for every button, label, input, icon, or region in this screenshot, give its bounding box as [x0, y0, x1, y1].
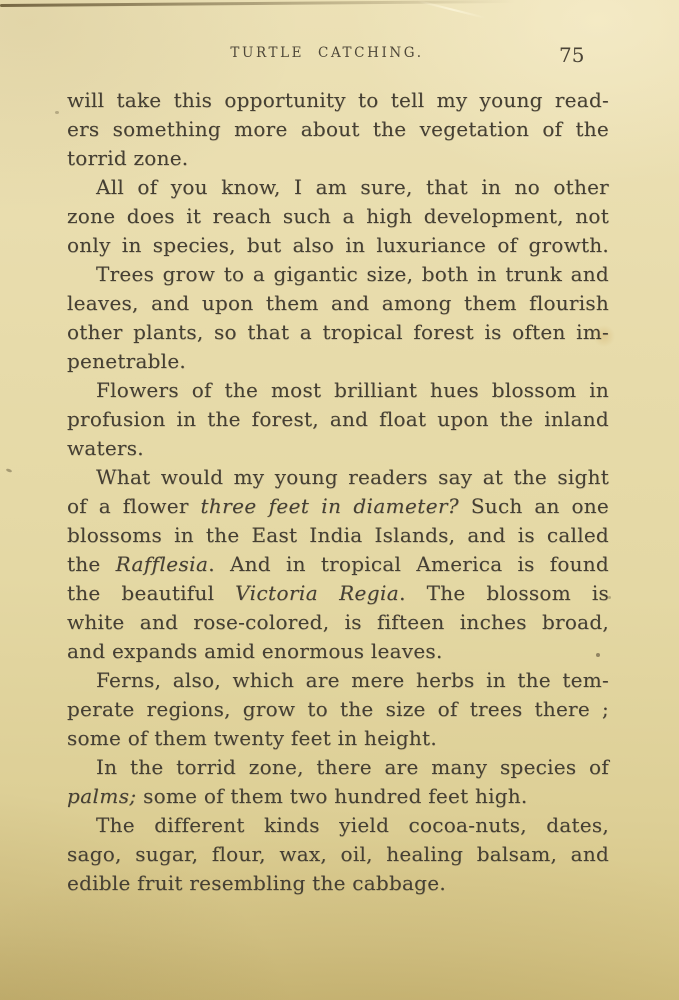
paragraph: What would my young readers say at the s… — [67, 463, 609, 666]
text-segment: Flowers of the most brilliant hues bloss… — [96, 378, 609, 402]
text-segment: edible fruit resembling the cabbage. — [67, 871, 446, 895]
text-line: profusion in the forest, and float upon … — [67, 405, 609, 434]
text-line: penetrable. — [67, 347, 609, 376]
text-segment: In the torrid zone, there are many speci… — [96, 755, 609, 779]
text-segment: torrid zone. — [67, 146, 188, 170]
text-segment: . And in tropical America is found — [208, 552, 609, 576]
running-head: TURTLE CATCHING. — [230, 45, 423, 61]
paragraph: The different kinds yield cocoa-nuts, da… — [67, 811, 609, 898]
italic-text: three feet in diameter? — [200, 494, 459, 518]
text-segment: Ferns, also, which are mere herbs in the… — [96, 668, 609, 692]
text-segment: blossoms in the East India Islands, and … — [67, 523, 609, 547]
text-segment: . The blossom is — [399, 581, 609, 605]
text-segment: perate regions, grow to the size of tree… — [67, 697, 609, 721]
text-segment: some of them two hundred feet high. — [137, 784, 528, 808]
text-segment: ers something more about the vegetation … — [67, 117, 609, 141]
text-line: All of you know, I am sure, that in no o… — [67, 173, 609, 202]
book-page: TURTLE CATCHING. 75 will take this oppor… — [0, 0, 679, 1000]
paragraph: Ferns, also, which are mere herbs in the… — [67, 666, 609, 753]
paper-speck — [6, 468, 13, 473]
text-segment: the beautiful — [67, 581, 235, 605]
text-line: Trees grow to a gigantic size, both in t… — [67, 260, 609, 289]
text-segment: leaves, and upon them and among them flo… — [67, 291, 609, 315]
text-segment: waters. — [67, 436, 144, 460]
text-line: In the torrid zone, there are many speci… — [67, 753, 609, 782]
page-number: 75 — [559, 43, 584, 67]
text-line: sago, sugar, flour, wax, oil, healing ba… — [67, 840, 609, 869]
page-header: TURTLE CATCHING. 75 — [0, 43, 679, 67]
text-line: ers something more about the vegetation … — [67, 115, 609, 144]
italic-text: Rafflesia — [116, 552, 209, 576]
text-segment: other plants, so that a tropical forest … — [67, 320, 609, 344]
text-line: and expands amid enormous leaves. — [67, 637, 609, 666]
text-segment: will take this opportunity to tell my yo… — [67, 88, 609, 112]
text-line: zone does it reach such a high developme… — [67, 202, 609, 231]
paragraph: Trees grow to a gigantic size, both in t… — [67, 260, 609, 376]
text-line: perate regions, grow to the size of tree… — [67, 695, 609, 724]
text-line: Flowers of the most brilliant hues bloss… — [67, 376, 609, 405]
paragraph: Flowers of the most brilliant hues bloss… — [67, 376, 609, 463]
text-segment: All of you know, I am sure, that in no o… — [96, 175, 609, 199]
paper-speck — [55, 111, 59, 114]
text-segment: the — [67, 552, 116, 576]
text-line: blossoms in the East India Islands, and … — [67, 521, 609, 550]
text-segment: The different kinds yield cocoa-nuts, da… — [96, 813, 609, 837]
text-line: palms; some of them two hundred feet hig… — [67, 782, 609, 811]
text-segment: penetrable. — [67, 349, 186, 373]
text-segment: zone does it reach such a high developme… — [67, 204, 609, 228]
text-line: The different kinds yield cocoa-nuts, da… — [67, 811, 609, 840]
text-segment: Trees grow to a gigantic size, both in t… — [96, 262, 609, 286]
text-line: will take this opportunity to tell my yo… — [67, 86, 609, 115]
italic-text: palms; — [67, 784, 137, 808]
text-line: of a flower three feet in diameter? Such… — [67, 492, 609, 521]
text-segment: of a flower — [67, 494, 200, 518]
text-line: other plants, so that a tropical forest … — [67, 318, 609, 347]
paragraph: will take this opportunity to tell my yo… — [67, 86, 609, 173]
text-line: edible fruit resembling the cabbage. — [67, 869, 609, 898]
text-line: white and rose-colored, is fifteen inche… — [67, 608, 609, 637]
paragraph: All of you know, I am sure, that in no o… — [67, 173, 609, 260]
text-line: the Rafflesia. And in tropical America i… — [67, 550, 609, 579]
text-line: torrid zone. — [67, 144, 609, 173]
text-segment: and expands amid enormous leaves. — [67, 639, 443, 663]
text-segment: sago, sugar, flour, wax, oil, healing ba… — [67, 842, 609, 866]
text-segment: some of them twenty feet in height. — [67, 726, 437, 750]
body-text: will take this opportunity to tell my yo… — [67, 86, 609, 898]
text-segment: white and rose-colored, is fifteen inche… — [67, 610, 609, 634]
text-segment: only in species, but also in luxuriance … — [67, 233, 609, 257]
text-line: What would my young readers say at the s… — [67, 463, 609, 492]
italic-text: Victoria Regia — [235, 581, 399, 605]
text-line: only in species, but also in luxuriance … — [67, 231, 609, 260]
text-segment: What would my young readers say at the s… — [96, 465, 609, 489]
text-line: leaves, and upon them and among them flo… — [67, 289, 609, 318]
text-line: the beautiful Victoria Regia. The blosso… — [67, 579, 609, 608]
paragraph: In the torrid zone, there are many speci… — [67, 753, 609, 811]
text-line: some of them twenty feet in height. — [67, 724, 609, 753]
text-segment: Such an one — [459, 494, 609, 518]
text-segment: profusion in the forest, and float upon … — [67, 407, 609, 431]
text-line: waters. — [67, 434, 609, 463]
text-line: Ferns, also, which are mere herbs in the… — [67, 666, 609, 695]
